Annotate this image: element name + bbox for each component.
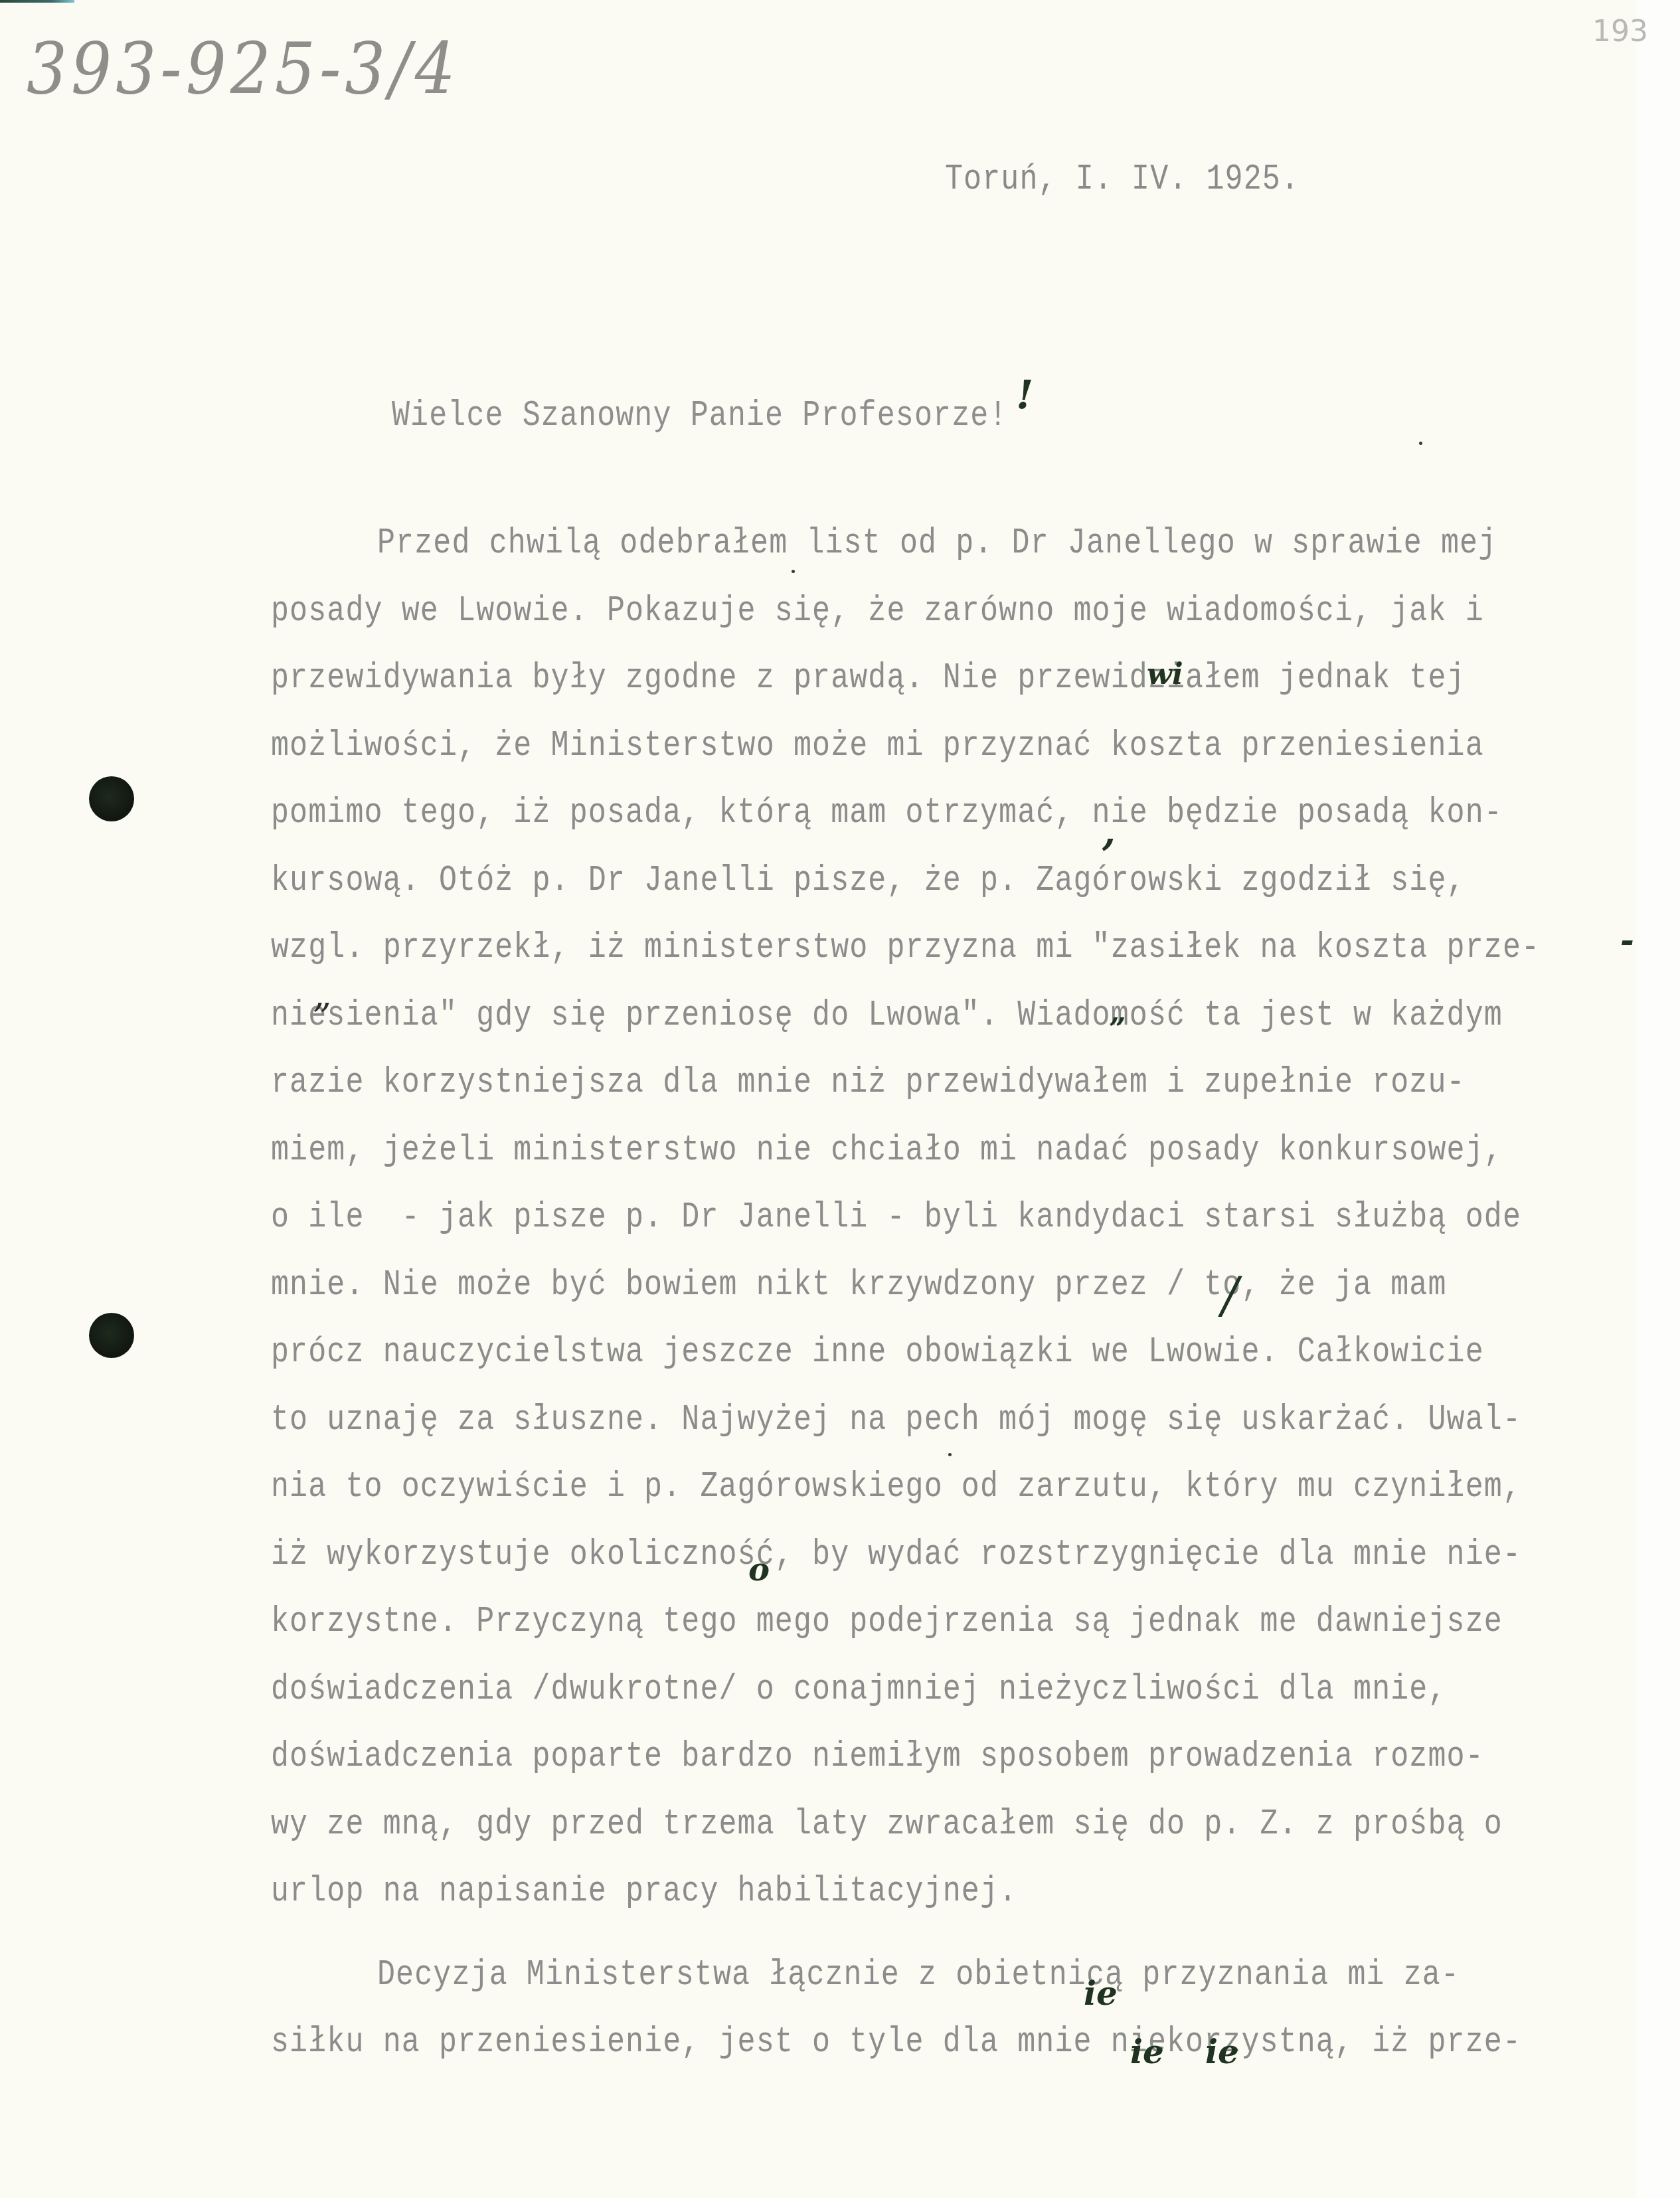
letter-line: przewidywania były zgodne z prawdą. Nie …: [271, 658, 1466, 698]
letter-line: prócz nauczycielstwa jeszcze inne obowią…: [271, 1332, 1484, 1372]
letter-line: mnie. Nie może być bowiem nikt krzywdzon…: [271, 1265, 1447, 1305]
handwritten-correction-ie: ie: [1130, 2032, 1164, 2071]
folio-number: 193: [1592, 15, 1648, 48]
ink-speck: [792, 570, 795, 573]
page-edge: [1636, 0, 1680, 2198]
letter-line: iż wykorzystuje okoliczność, by wydać ro…: [271, 1535, 1521, 1574]
handwritten-correction-wi: wi: [1147, 657, 1183, 691]
scan-edge-strip: [0, 0, 74, 3]
handwritten-correction-o: o: [748, 1551, 770, 1588]
letter-line: korzystne. Przyczyną tego mego podejrzen…: [271, 1602, 1503, 1642]
handwritten-quote-close: ”: [1109, 1013, 1126, 1047]
place-date: Toruń, I. IV. 1925.: [945, 159, 1300, 199]
ink-speck: [948, 1453, 952, 1456]
letter-line: doświadczenia /dwukrotne/ o conajmniej n…: [271, 1669, 1447, 1709]
letter-line: niesienia" gdy się przeniosę do Lwowa". …: [271, 995, 1503, 1035]
letter-line: siłku na przeniesienie, jest o tyle dla …: [271, 2022, 1521, 2062]
handwritten-dash: -: [1620, 920, 1634, 960]
handwritten-exclamation: !: [1016, 372, 1033, 418]
letter-line: pomimo tego, iż posada, którą mam otrzym…: [271, 793, 1503, 833]
handwritten-quote: ”: [312, 996, 331, 1039]
letter-line: miem, jeżeli ministerstwo nie chciało mi…: [271, 1130, 1503, 1170]
letter-line: nia to oczywiście i p. Zagórowskiego od …: [271, 1467, 1521, 1507]
handwritten-comma: ,: [1102, 809, 1116, 854]
handwritten-slash: /: [1222, 1267, 1238, 1324]
letter-line: możliwości, że Ministerstwo może mi przy…: [271, 726, 1484, 766]
letter-line: Przed chwilą odebrałem list od p. Dr Jan…: [377, 523, 1497, 563]
letter-line: doświadczenia poparte bardzo niemiłym sp…: [271, 1736, 1484, 1776]
letter-line: o ile - jak pisze p. Dr Janelli - byli k…: [271, 1197, 1521, 1237]
punch-hole-icon: [89, 776, 134, 821]
ink-speck: [1419, 442, 1422, 445]
letter-line: razie korzystniejsza dla mnie niż przewi…: [271, 1062, 1466, 1102]
archive-number: 393-925-3/4: [27, 27, 460, 110]
handwritten-correction-ie: ie: [1084, 1974, 1118, 2013]
punch-hole-icon: [89, 1313, 134, 1358]
letter-line: wy ze mną, gdy przed trzema laty zwracał…: [271, 1804, 1503, 1844]
handwritten-correction-ie: ie: [1205, 2032, 1239, 2071]
letter-line: Decyzja Ministerstwa łącznie z obietnicą…: [377, 1955, 1460, 1995]
letter-line: urlop na napisanie pracy habilitacyjnej.: [271, 1871, 1017, 1911]
letter-line: kursową. Otóż p. Dr Janelli pisze, że p.…: [271, 861, 1466, 900]
salutation: Wielce Szanowny Panie Profesorze!: [392, 396, 1007, 436]
letter-line: wzgl. przyrzekł, iż ministerstwo przyzna…: [271, 928, 1540, 968]
letter-line: posady we Lwowie. Pokazuje się, że zarów…: [271, 591, 1484, 631]
letter-line: to uznaję za słuszne. Najwyżej na pech m…: [271, 1400, 1521, 1440]
